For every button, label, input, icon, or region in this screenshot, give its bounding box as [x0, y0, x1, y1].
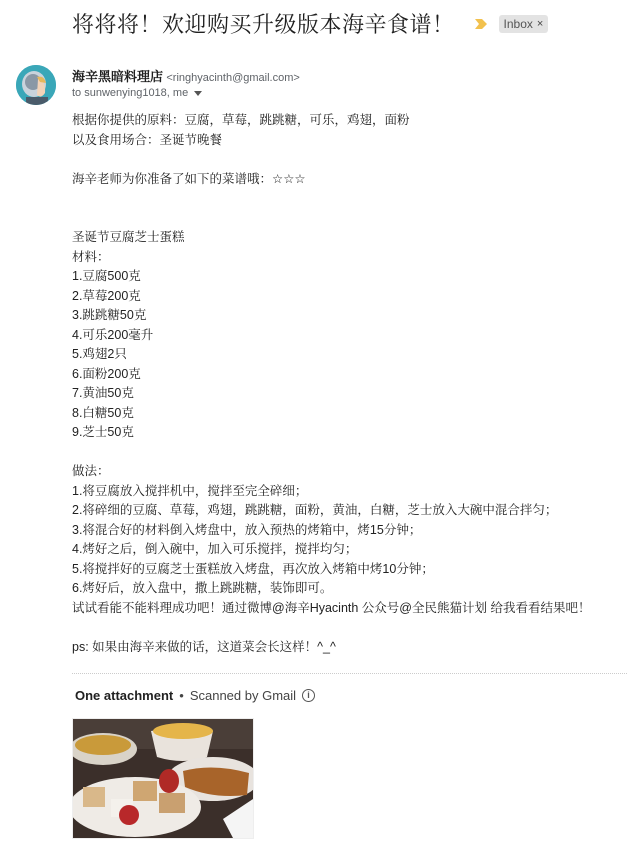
- body-line: [72, 150, 590, 170]
- body-line: 3.跳跳糖50克: [72, 306, 590, 326]
- body-line: 5.鸡翅2只: [72, 345, 590, 365]
- body-line: 以及食用场合：圣诞节晚餐: [72, 131, 590, 151]
- attachment-thumbnail[interactable]: [72, 718, 254, 839]
- sender-email: <ringhyacinth@gmail.com>: [166, 72, 299, 84]
- sender-line: 海辛黑暗料理店 <ringhyacinth@gmail.com>: [72, 66, 300, 85]
- email-subject: 将将将！欢迎购买升级版本海辛食谱！: [72, 8, 455, 39]
- info-icon[interactable]: i: [302, 689, 315, 702]
- food-photo-icon: [73, 719, 253, 838]
- body-line: 8.白糖50克: [72, 404, 590, 424]
- body-line: 试试看能不能料理成功吧！通过微博@海辛Hyacinth 公众号@全民熊猫计划 给…: [72, 599, 590, 619]
- body-line: 6.面粉200克: [72, 365, 590, 385]
- email-body: 根据你提供的原料：豆腐，草莓，跳跳糖，可乐，鸡翅，面粉以及食用场合：圣诞节晚餐海…: [72, 111, 590, 657]
- email-subject-bar: 将将将！欢迎购买升级版本海辛食谱！ Inbox ×: [72, 8, 548, 39]
- body-line: 6.烤好后，放入盘中，撒上跳跳糖，装饰即可。: [72, 579, 590, 599]
- body-line: ps: 如果由海辛来做的话，这道菜会长这样！^_^: [72, 638, 590, 658]
- body-line: 2.将碎细的豆腐、草莓，鸡翅，跳跳糖，面粉，黄油，白糖，芝士放入大碗中混合拌匀；: [72, 501, 590, 521]
- show-details-chevron-icon[interactable]: [194, 91, 202, 96]
- body-line: 1.将豆腐放入搅拌机中，搅拌至完全碎细；: [72, 482, 590, 502]
- inbox-label-text: Inbox: [504, 17, 533, 31]
- body-line: [72, 443, 590, 463]
- body-line: 5.将搅拌好的豆腐芝士蛋糕放入烤盘，再次放入烤箱中烤10分钟；: [72, 560, 590, 580]
- body-line: 材料：: [72, 248, 590, 268]
- remove-label-icon[interactable]: ×: [537, 18, 543, 30]
- separator-dot: •: [179, 688, 184, 703]
- sender-name[interactable]: 海辛黑暗料理店: [72, 69, 163, 84]
- body-line: 3.将混合好的材料倒入烤盘中，放入预热的烤箱中，烤15分钟；: [72, 521, 590, 541]
- attachment-header: One attachment • Scanned by Gmail i: [75, 688, 315, 703]
- body-line: 2.草莓200克: [72, 287, 590, 307]
- importance-marker-icon[interactable]: [475, 19, 487, 29]
- body-line: 4.烤好之后，倒入碗中，加入可乐搅拌，搅拌均匀；: [72, 540, 590, 560]
- body-line: 根据你提供的原料：豆腐，草莓，跳跳糖，可乐，鸡翅，面粉: [72, 111, 590, 131]
- body-line: 4.可乐200毫升: [72, 326, 590, 346]
- body-line: [72, 209, 590, 229]
- scan-note: Scanned by Gmail: [190, 688, 296, 703]
- body-line: 做法：: [72, 462, 590, 482]
- attachment-divider: [72, 673, 627, 674]
- sender-avatar[interactable]: [16, 65, 56, 105]
- inbox-label: Inbox ×: [499, 15, 549, 33]
- body-line: 1.豆腐500克: [72, 267, 590, 287]
- avatar-image-icon: [16, 65, 56, 105]
- body-line: [72, 189, 590, 209]
- body-line: [72, 618, 590, 638]
- recipients-line: to sunwenying1018, me: [72, 87, 202, 99]
- body-line: 9.芝士50克: [72, 423, 590, 443]
- body-line: 7.黄油50克: [72, 384, 590, 404]
- body-line: 圣诞节豆腐芝士蛋糕: [72, 228, 590, 248]
- recipients-text: to sunwenying1018, me: [72, 87, 188, 99]
- attachment-count: One attachment: [75, 688, 173, 703]
- body-line: 海辛老师为你准备了如下的菜谱哦：☆☆☆: [72, 170, 590, 190]
